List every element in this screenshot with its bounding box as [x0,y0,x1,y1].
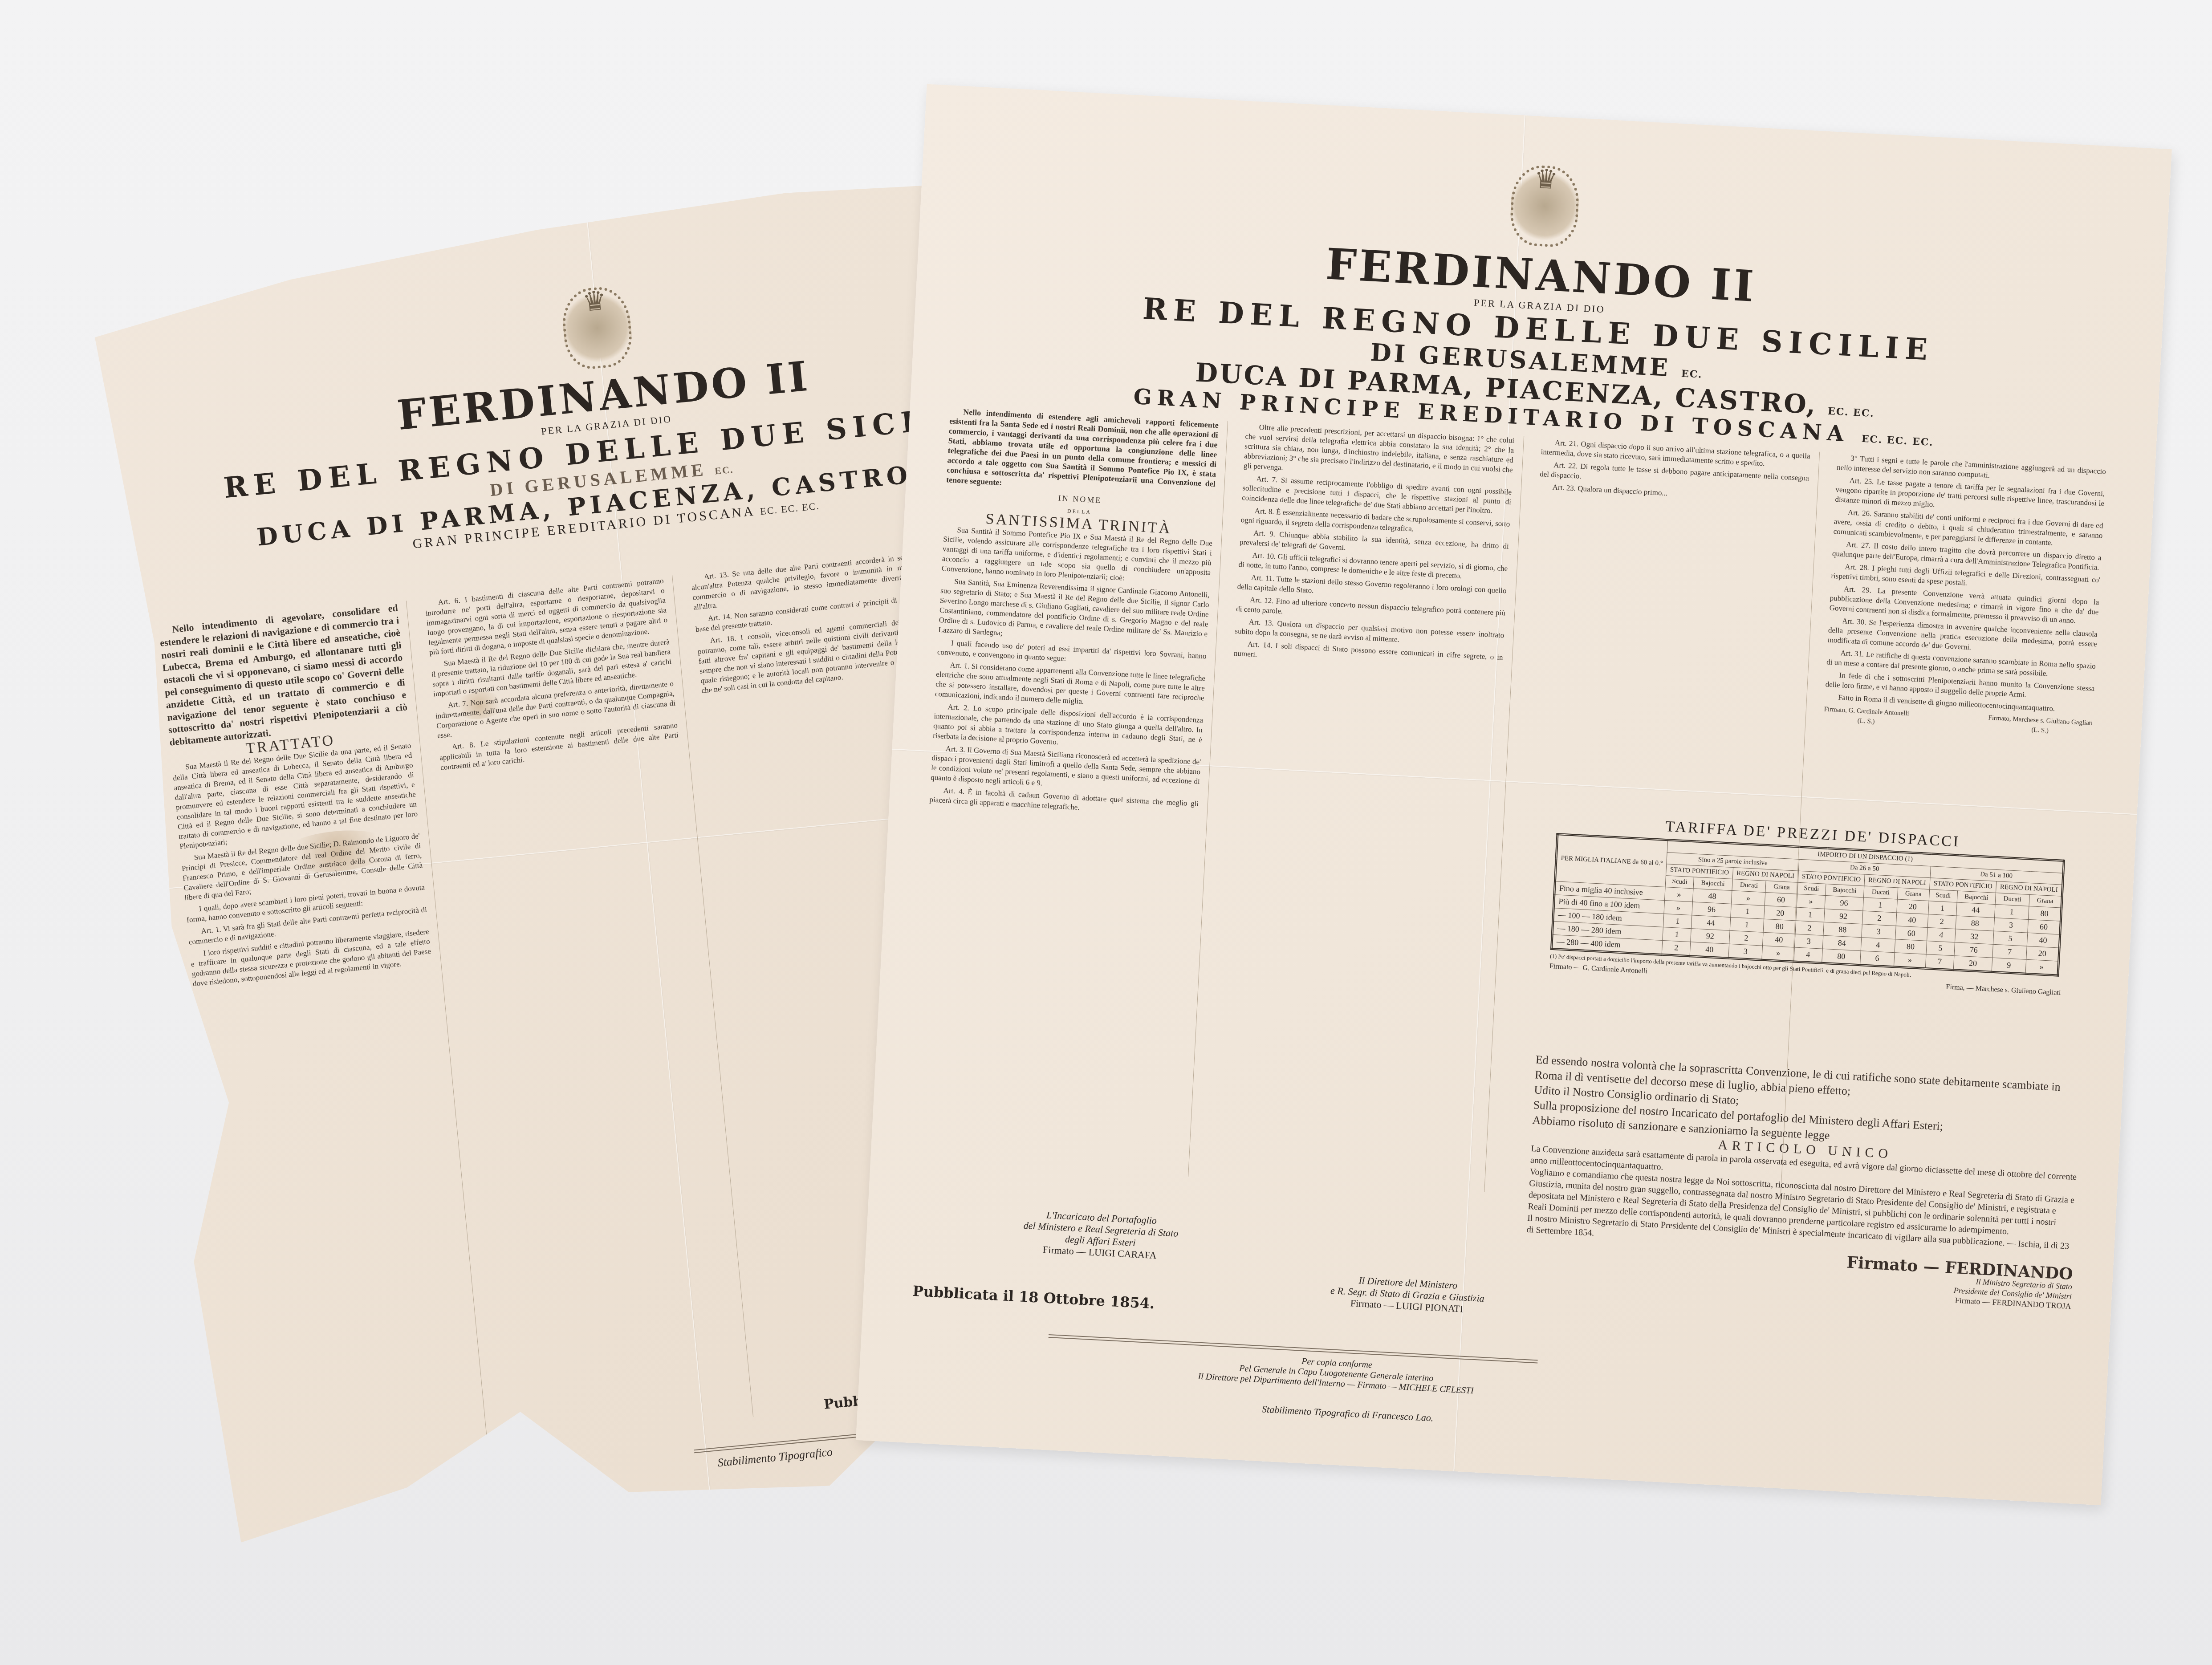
unit-cell: Scudi [1665,876,1694,889]
price-cell: 3 [1994,918,2028,933]
price-cell: 40 [1896,913,1928,928]
unit-cell: Scudi [1797,882,1826,895]
price-cell: 84 [1822,935,1862,950]
price-cell: 1 [1863,897,1897,913]
price-cell: 2 [1662,940,1690,956]
price-cell: 80 [2028,906,2062,921]
price-cell: 48 [1693,889,1732,904]
tariff-table-block: TARIFFA DE' PREZZI DE' DISPACCI PER MIGL… [1549,812,2069,997]
price-cell: 80 [1822,949,1861,965]
price-cell: 3 [1794,934,1823,949]
copy-conforme-note: Per copia conforme Pel Generale in Capo … [1091,1345,1582,1401]
price-cell: 9 [1992,958,2026,974]
price-cell: 20 [2026,946,2059,961]
price-cell: 40 [1690,942,1729,958]
right-proclamation-document: FERDINANDO II PER LA GRAZIA DI DIO RE DE… [856,84,2172,1505]
price-cell: 96 [1692,902,1731,917]
price-cell: 2 [1795,921,1824,935]
price-cell: 1 [1796,907,1824,922]
royal-crest-icon [560,284,635,372]
unit-cell: Grana [2029,894,2062,908]
price-cell: 76 [1954,942,1993,958]
price-cell: 32 [1955,929,1994,944]
price-cell: 3 [1862,924,1896,939]
price-cell: 60 [1895,926,1927,941]
price-cell: 80 [1895,939,1927,954]
decree-text: Ed essendo nostra volontà che la soprasc… [1524,1052,2083,1311]
price-cell: 44 [1956,902,1995,918]
unit-cell: Grana [1765,881,1798,894]
price-cell: 1 [1663,914,1692,929]
price-cell: 4 [1793,947,1822,963]
price-cell: 1 [1730,904,1765,919]
royal-crest-icon [1509,164,1581,248]
price-cell: » [1894,953,1926,969]
price-cell: » [1664,901,1692,915]
price-cell: 5 [1993,931,2028,946]
intro-paragraph: Nello intendimento di estendere agli ami… [946,406,1219,499]
price-cell: 6 [1860,951,1894,967]
unit-cell: Grana [1897,888,1930,901]
price-cell: 80 [1763,919,1796,934]
price-cell: 4 [1927,928,1956,942]
price-cell: 96 [1825,895,1864,910]
price-cell: 2 [1862,911,1896,926]
price-cell: 88 [1823,922,1862,937]
signature-carafa: L'Incaricato del Portafoglio del Ministe… [955,1205,1247,1266]
price-cell: 7 [1992,944,2027,959]
unit-cell: Ducati [1732,879,1766,892]
signature-pionati: Il Direttore del Ministero e R. Segr. di… [1273,1270,1541,1319]
price-cell: 1 [1928,901,1957,916]
price-cell: » [1665,887,1693,902]
price-cell: 7 [1925,954,1954,970]
price-cell: 5 [1926,941,1955,955]
price-cell: 20 [1896,899,1929,914]
price-cell: 1 [1663,927,1691,942]
price-cell: 92 [1691,929,1730,944]
price-cell: 40 [1763,932,1795,947]
unit-cell: Scudi [1929,889,1957,902]
price-cell: 1 [1995,904,2029,919]
price-cell: 44 [1692,915,1731,930]
text-column: Oltre alle precedenti prescrizioni, per … [1206,422,1524,1192]
right-publication-date: Pubblicata il 18 Ottobre 1854. [912,1283,1155,1312]
price-cell: 3 [1728,944,1763,960]
right-printer: Stabilimento Tipografico di Francesco La… [1170,1398,1526,1429]
price-cell: » [1797,894,1825,909]
text-column: Nello intendimento di estendere agli ami… [911,406,1228,1177]
price-cell: » [1762,946,1794,962]
intro-paragraph: Nello intendimento di agevolare, consoli… [158,601,409,748]
price-cell: 40 [2027,933,2060,948]
unit-cell: Ducati [1863,886,1898,899]
price-cell: 2 [1729,930,1763,946]
row-header-cell: PER MIGLIA ITALIANE da 60 al 0.° [1555,834,1668,887]
unit-cell: Ducati [1995,893,2029,906]
price-cell: 92 [1824,909,1863,924]
price-cell: 2 [1927,914,1956,929]
price-cell: 20 [1764,906,1797,921]
price-cell: 88 [1956,916,1995,931]
price-cell: 60 [1765,892,1797,907]
price-cell: 60 [2027,919,2061,934]
price-cell: 20 [1953,956,1992,972]
price-cell: 1 [1730,917,1764,932]
paragraph: Sua Santità, Sua Eminenza Reverendissima… [938,576,1210,649]
tariff-table: PER MIGLIA ITALIANE da 60 al 0.°IMPORTO … [1550,833,2065,977]
price-cell: » [1731,890,1765,906]
price-cell: 4 [1861,938,1895,953]
price-cell: » [2025,959,2059,975]
